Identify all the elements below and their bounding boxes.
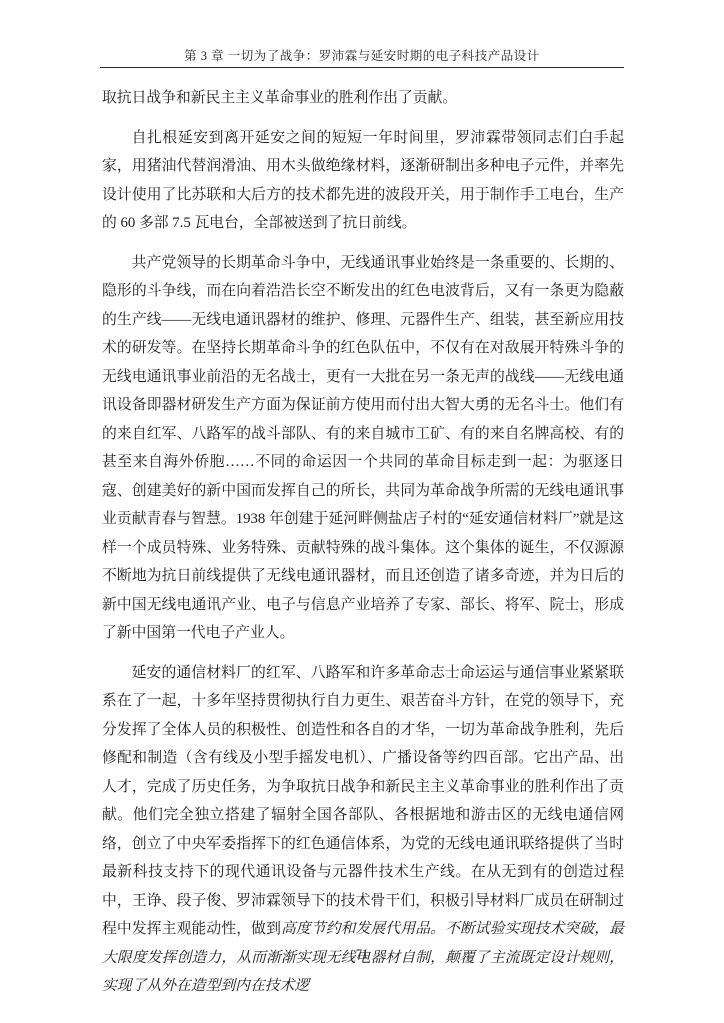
paragraph: 共产党领导的长期革命斗争中，无线通讯事业始终是一条重要的、长期的、隐形的斗争线，…	[102, 249, 624, 648]
page-body: 取抗日战争和新民主主义革命事业的胜利作出了贡献。 自扎根延安到离开延安之间的短短…	[102, 84, 624, 1001]
paragraph-continuation: 取抗日战争和新民主主义革命事业的胜利作出了贡献。	[102, 84, 624, 113]
header-rule	[100, 67, 624, 68]
page-number: 71	[0, 947, 724, 962]
document-page: 第 3 章 一切为了战争：罗沛霖与延安时期的电子科技产品设计 取抗日战争和新民主…	[0, 0, 724, 1023]
running-header-chapter-title: 第 3 章 一切为了战争：罗沛霖与延安时期的电子科技产品设计	[100, 46, 624, 64]
paragraph: 自扎根延安到离开延安之间的短短一年时间里，罗沛霖带领同志们白手起家，用猪油代替润…	[102, 124, 624, 238]
paragraph-normal-run: 延安的通信材料厂的红军、八路军和许多革命志士命运运与通信事业紧紧联系在了一起，十…	[102, 665, 624, 938]
